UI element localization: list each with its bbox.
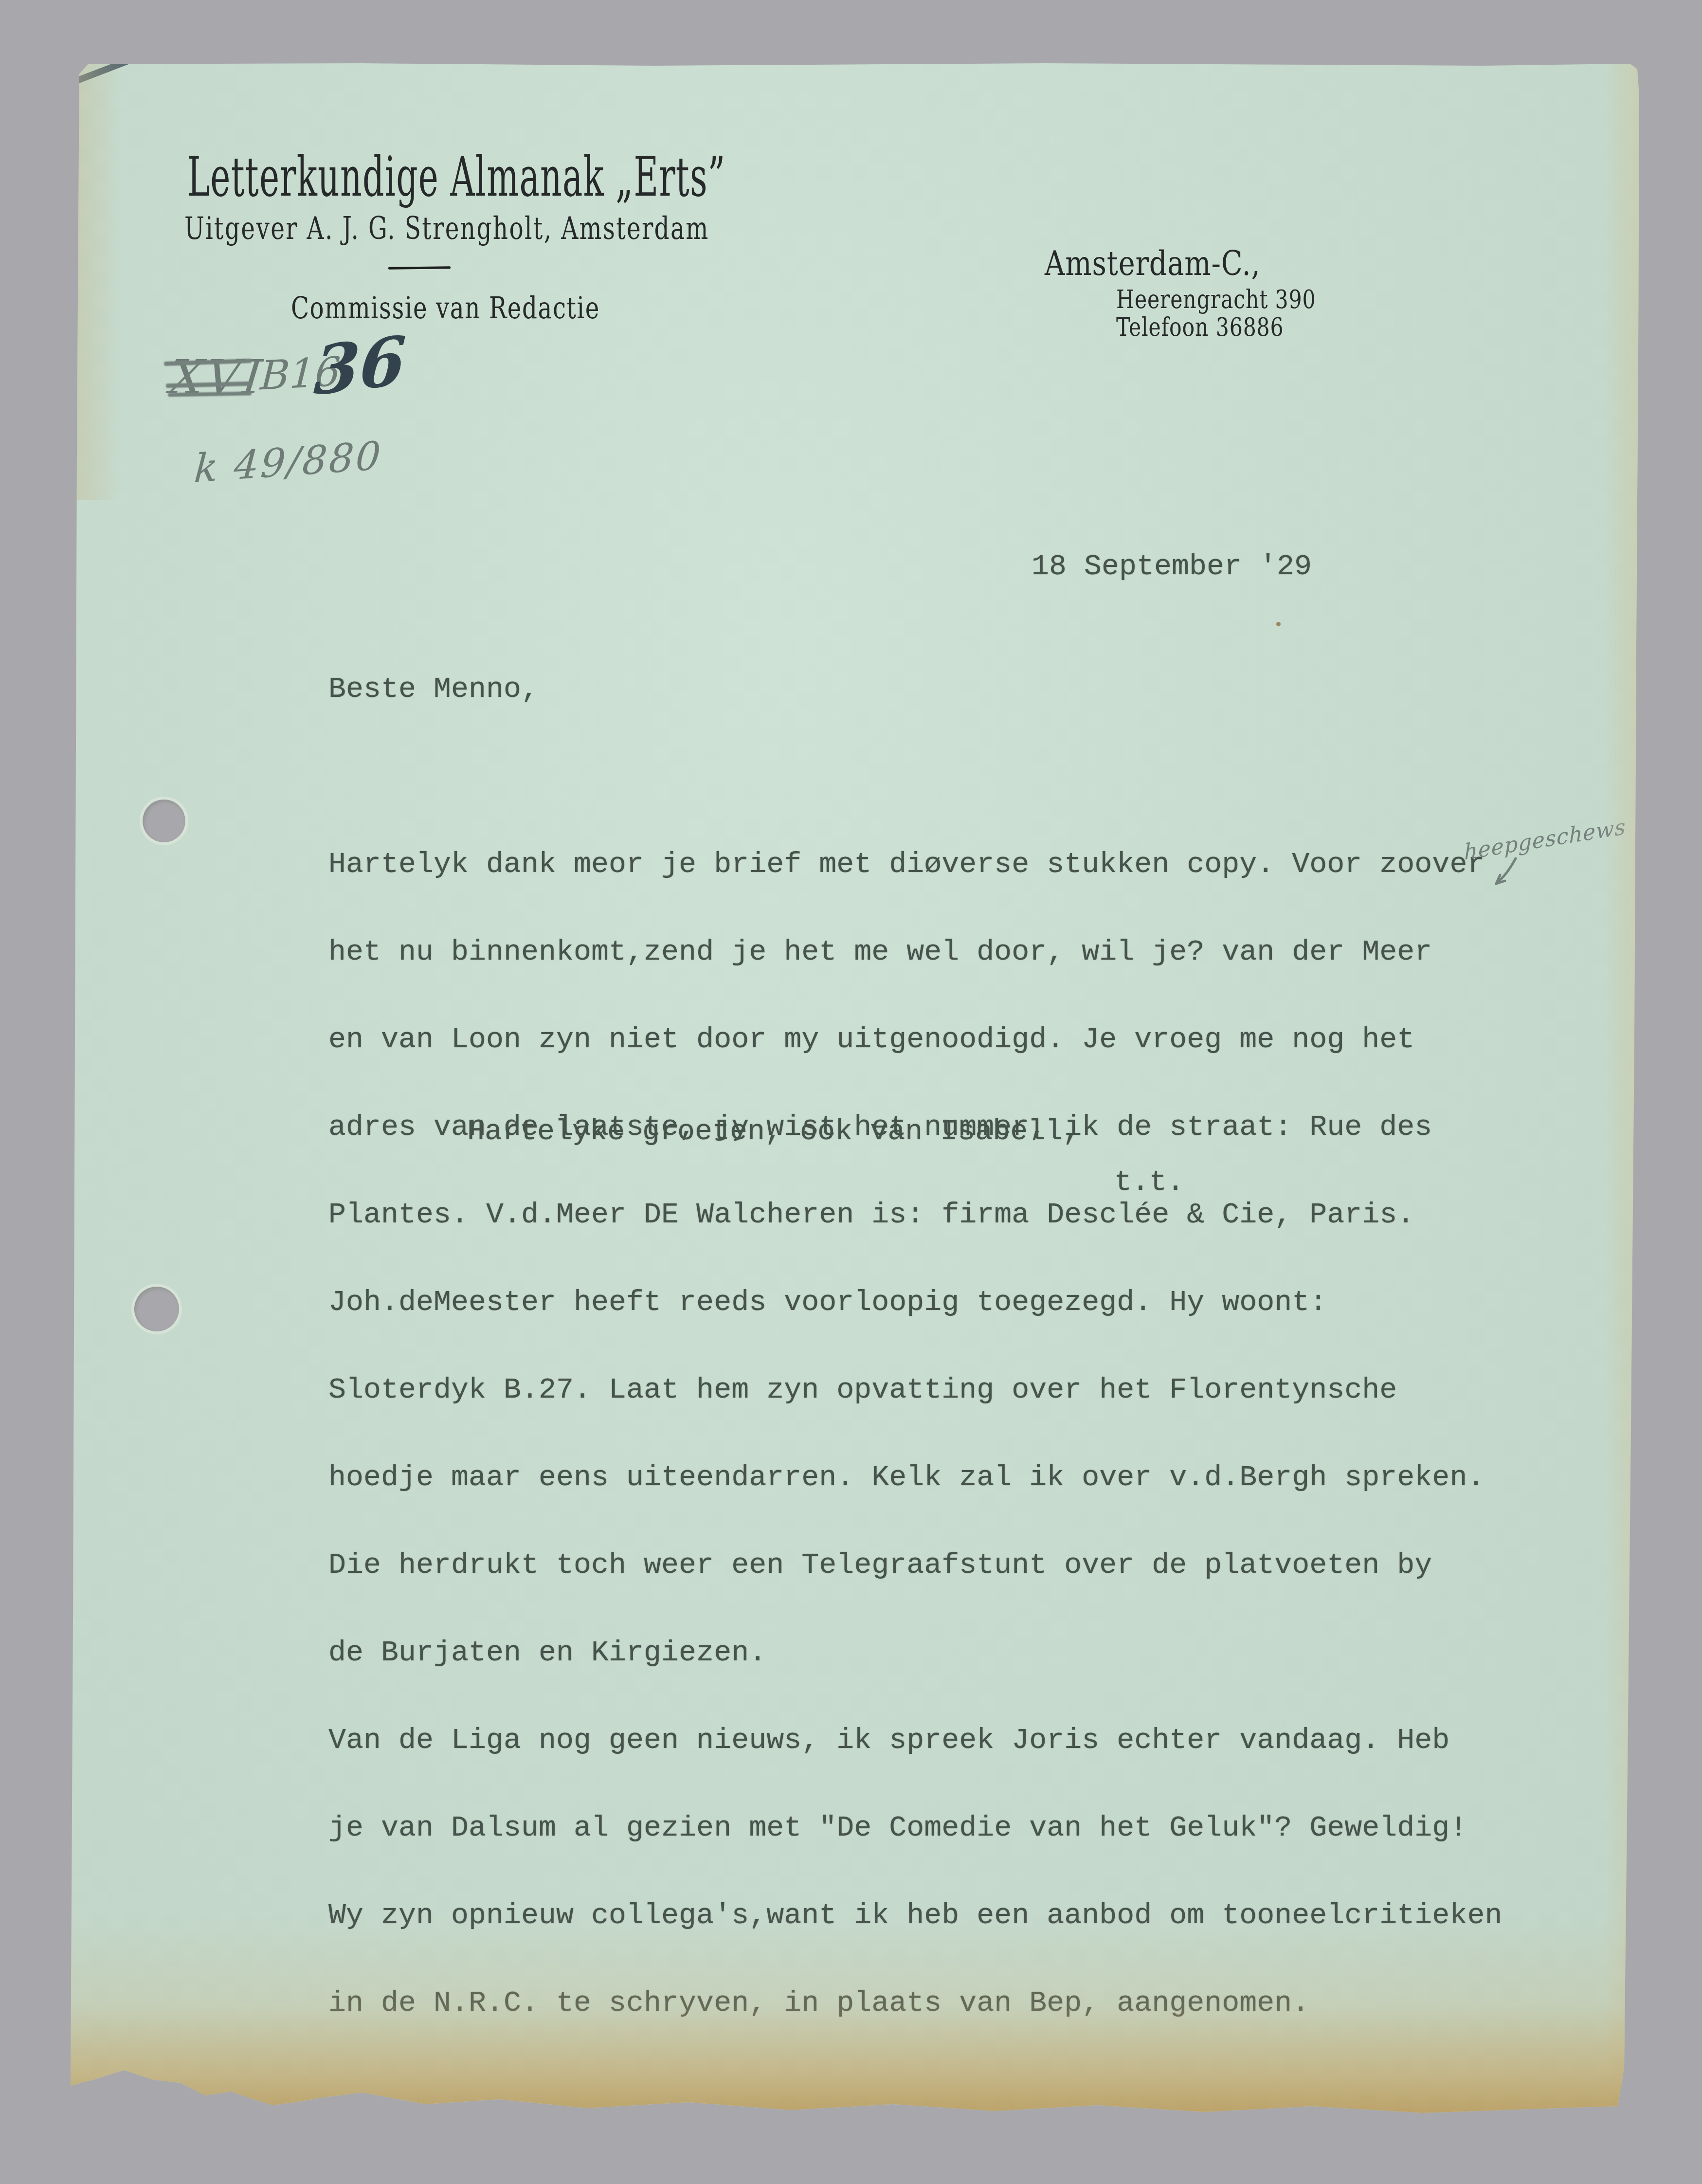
body-line: Plantes. V.d.Meer DE Walcheren is: firma…	[328, 1201, 1502, 1230]
letterhead-street: Heerengracht 390	[1116, 287, 1316, 312]
letter-body: Beste Menno, Hartelyk dank meor je brief…	[328, 617, 1502, 2076]
letterhead-committee: Commissie van Redactie	[291, 293, 600, 323]
ink-underline	[73, 51, 156, 85]
archive-code-number: 36	[312, 327, 407, 405]
body-line: Hartelyk dank meor je brief met diøverse…	[328, 850, 1502, 879]
punch-hole	[134, 1287, 179, 1331]
letterhead-divider	[388, 266, 451, 269]
body-line: Van de Liga nog geen nieuws, ik spreek J…	[328, 1726, 1502, 1755]
letter-paper: Letterkundige Almanak „Erts” Uitgever A.…	[71, 62, 1642, 2116]
letterhead-publisher: Uitgever A. J. G. Strengholt, Amsterdam	[184, 213, 709, 244]
body-line: Die herdrukt toch weer een Telegraafstun…	[328, 1551, 1502, 1580]
paper-edge-wear-left	[71, 62, 134, 500]
body-line: Sloterdyk B.27. Laat hem zyn opvatting o…	[328, 1376, 1502, 1405]
punch-hole	[143, 800, 185, 842]
scanned-letter-page: { "page":{ "background_color":"#a8a7ab",…	[0, 0, 1702, 2184]
salutation: Beste Menno,	[328, 675, 1502, 704]
archive-code-secondary: k 49/880	[193, 436, 384, 489]
body-line: het nu binnenkomt,zend je het me wel doo…	[328, 938, 1502, 967]
closing-line: Hartelyke groeten, ook van Isabell,	[467, 1117, 1080, 1147]
signoff: t.t.	[1114, 1168, 1184, 1197]
letterhead-title: Letterkundige Almanak „Erts”	[187, 150, 726, 204]
body-line: de Burjaten en Kirgiezen.	[328, 1638, 1502, 1668]
body-line: je van Dalsum al gezien met "De Comedie …	[328, 1814, 1502, 1843]
letterhead-phone: Telefoon 36886	[1116, 315, 1284, 340]
letterhead-city: Amsterdam-C.,	[1045, 246, 1261, 280]
paper-speck	[1276, 622, 1281, 626]
body-line: hoedje maar eens uiteendarren. Kelk zal …	[328, 1463, 1502, 1492]
body-line: in de N.R.C. te schryven, in plaats van …	[328, 1989, 1502, 2018]
body-line: en van Loon zyn niet door my uitgenoodig…	[328, 1025, 1502, 1055]
letter-date: 18 September '29	[1032, 552, 1312, 582]
blank-line	[328, 763, 1502, 792]
paper-edge-wear-right	[1596, 62, 1642, 2116]
body-line: Joh.deMeester heeft reeds voorloopig toe…	[328, 1288, 1502, 1317]
body-line: Wy zyn opnieuw collega's,want ik heb een…	[328, 1901, 1502, 1930]
margin-note-arrow-icon	[1485, 855, 1524, 894]
